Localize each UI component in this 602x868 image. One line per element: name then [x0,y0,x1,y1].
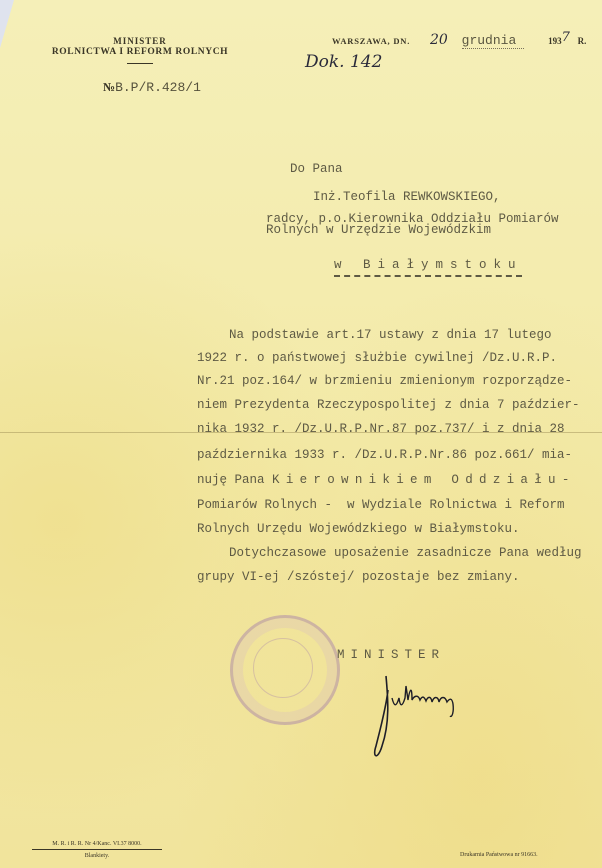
reference-value: B.P/R.428/1 [115,80,201,95]
letterhead-title: MINISTER [30,36,250,46]
addressee-city-underline [334,275,522,277]
footer-form-info: M. R. i R. R. Nr 4/Kanc. VI.37 8000. Bla… [32,841,162,859]
dateline-year-printed: 193 [548,36,562,46]
dateline-month: grudnia [462,33,525,49]
footer-form-type: Blankiety. [32,853,162,859]
signature-title: MINISTER [337,648,445,662]
dateline-year-suffix: R. [578,36,587,46]
body-line-2: 1922 r. o państwowej służbie cywilnej /D… [197,351,557,365]
body-line-8: Pomiarów Rolnych - w Wydziale Rolnictwa … [197,498,565,512]
dateline-year-handwritten: 7 [562,30,570,45]
seal-eagle-emblem [253,638,313,698]
body-line-3: Nr.21 poz.164/ w brzmieniu zmienionym ro… [197,374,572,388]
footer-form-number: M. R. i R. R. Nr 4/Kanc. VI.37 8000. [32,841,162,850]
body-line-7: nuję Pana Kierownikiem Oddziału- [197,473,576,487]
dateline-city: WARSZAWA, DN. [332,36,410,46]
footer-printer: Drukarnia Państwowa nr 91663. [460,852,538,858]
signature-icon [368,668,468,768]
addressee-name: Inż.Teofila REWKOWSKIEGO, [313,190,501,204]
addressee-city: w Białymstoku [334,258,523,272]
reference-number: №B.P/R.428/1 [103,80,201,95]
body-line-4: niem Prezydenta Rzeczypospolitej z dnia … [197,398,580,412]
body-line-1: Na podstawie art.17 ustawy z dnia 17 lut… [229,328,552,342]
body-line-11: grupy VI-ej /szóstej/ pozostaje bez zmia… [197,570,520,584]
official-seal-stamp [230,615,340,725]
torn-corner [0,0,14,48]
minister-signature [368,668,468,773]
addressee-title-line2: Rolnych w Urzędzie Wojewódzkim [266,223,491,237]
dateline-day: 20 [430,32,448,48]
body-line-10: Dotychczasowe uposażenie zasadnicze Pana… [229,546,582,560]
body-line-6: października 1933 r. /Dz.U.R.P.Nr.86 poz… [197,448,572,462]
letterhead-rule [127,63,153,64]
body-line-9: Rolnych Urzędu Wojewódzkiego w Białymsto… [197,522,520,536]
addressee-salutation: Do Pana [290,162,343,176]
number-sign: № [103,80,115,94]
body-line-5: nika 1932 r. /Dz.U.R.P.Nr.87 poz.737/ i … [197,422,565,436]
body-spaced-appointment: Kierownikiem Oddziału- [272,473,576,487]
letterhead-ministry: ROLNICTWA I REFORM ROLNYCH [30,47,250,57]
body-line-7-text: nuję Pana [197,473,272,487]
dateline: WARSZAWA, DN. 20 grudnia 1937 R. [332,32,586,48]
letterhead: MINISTER ROLNICTWA I REFORM ROLNYCH [30,36,250,64]
handwritten-annotation: Dok. 142 [305,52,382,72]
